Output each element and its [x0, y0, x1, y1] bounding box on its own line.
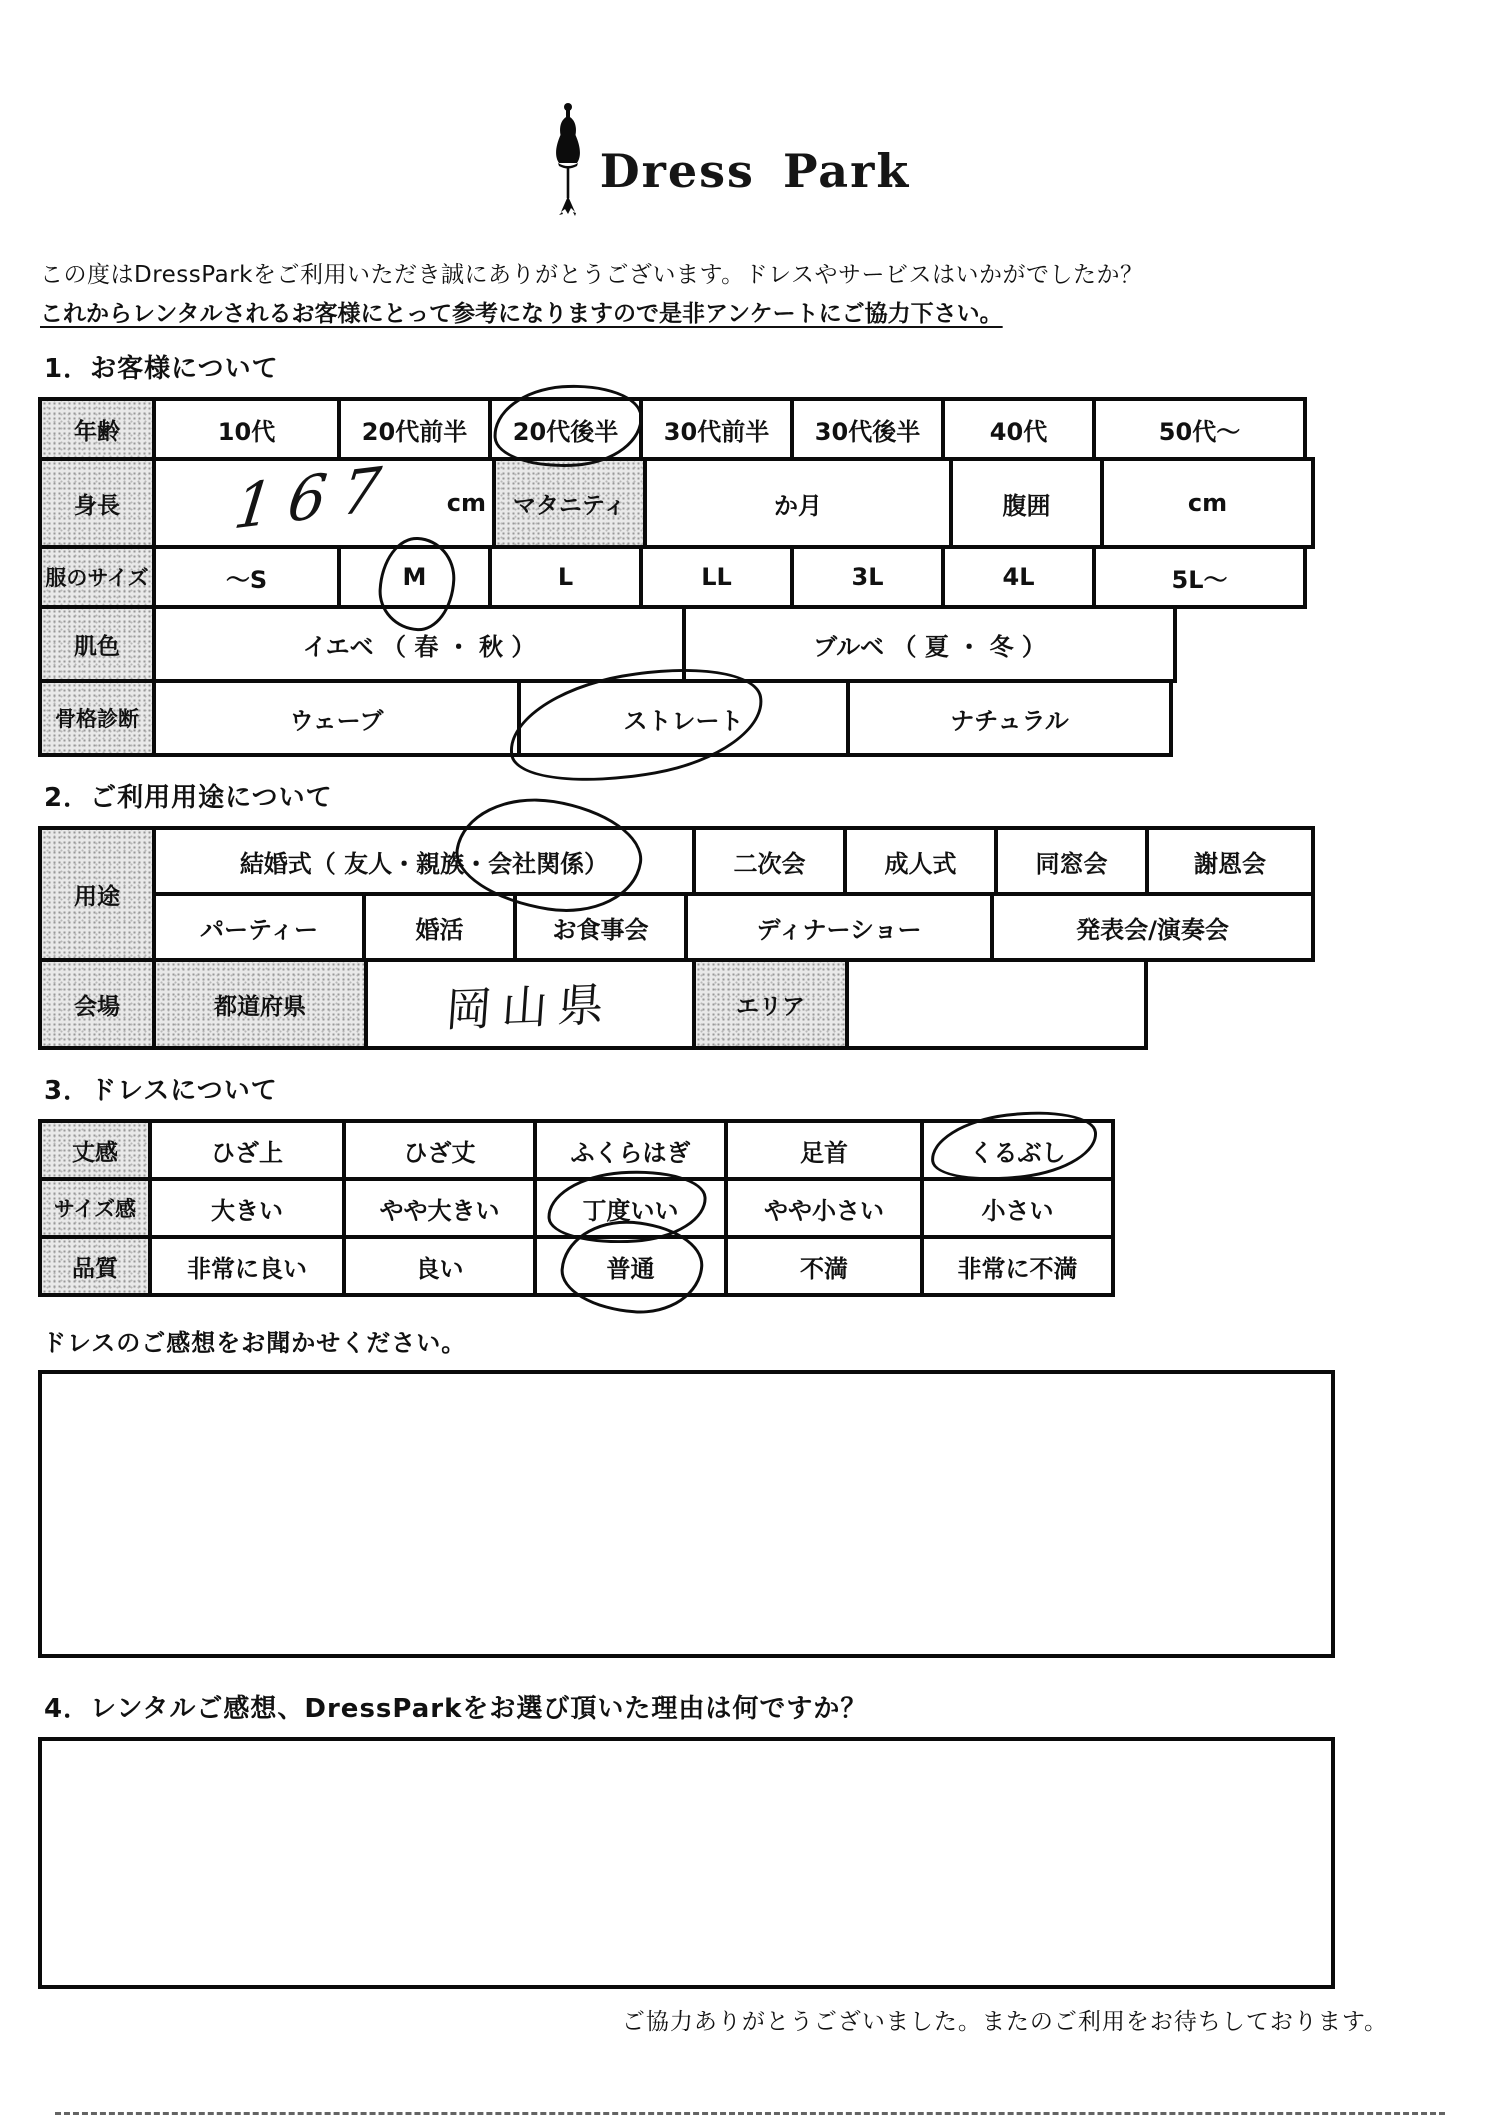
age-option-late-20s-label: 20代後半: [513, 412, 618, 447]
fit-option-big[interactable]: 大きい: [148, 1177, 346, 1239]
dress-comment-prompt: ドレスのご感想をお聞かせください。: [42, 1323, 1500, 1358]
age-option-early-30s[interactable]: 30代前半: [639, 397, 794, 461]
page-bottom-divider: [55, 2112, 1445, 2115]
quality-row: 品質 非常に良い 良い 普通 不満 非常に不満: [38, 1235, 1500, 1297]
length-option-anklebone[interactable]: くるぶし: [920, 1119, 1115, 1181]
quality-option-average-label: 普通: [607, 1249, 655, 1284]
purpose-option-recital[interactable]: 発表会/演奏会: [990, 892, 1315, 962]
section-2-title: 2．ご利用用途について: [44, 777, 1500, 814]
skeleton-option-straight-label: ストレート: [624, 701, 744, 736]
purpose-options: 結婚式（ 友人・親族・会社関係 ） 二次会 成人式 同窓会 謝恩会 パーティー …: [156, 826, 1315, 962]
purpose-option-reunion[interactable]: 同窓会: [994, 826, 1149, 896]
quality-option-average[interactable]: 普通: [533, 1235, 728, 1297]
height-row: 身長 167 cm マタニティ か月 腹囲 cm: [38, 457, 1500, 549]
age-label: 年齢: [38, 397, 156, 461]
purpose-row-1: 結婚式（ 友人・親族・会社関係 ） 二次会 成人式 同窓会 謝恩会: [156, 826, 1315, 896]
survey-page: Dress Park この度はDressParkをご利用いただき誠にありがとうご…: [0, 0, 1500, 2036]
length-option-anklebone-label: くるぶし: [970, 1133, 1066, 1168]
age-row: 年齢 10代 20代前半 20代後半 30代前半 30代後半 40代 50代～: [38, 397, 1500, 461]
skin-option-yellow-base[interactable]: イエベ （ 春 ・ 秋 ）: [152, 605, 686, 683]
skeleton-option-straight[interactable]: ストレート: [517, 679, 850, 757]
skeleton-label: 骨格診断: [38, 679, 156, 757]
age-option-50s-plus[interactable]: 50代～: [1092, 397, 1307, 461]
purpose-group: 用途 結婚式（ 友人・親族・会社関係 ） 二次会 成人式 同窓会 謝恩会 パーテ…: [38, 826, 1500, 962]
section-3-title: 3．ドレスについて: [44, 1070, 1500, 1107]
size-option-m[interactable]: M: [337, 545, 492, 609]
fit-option-just-right-label: 丁度いい: [583, 1191, 679, 1226]
fit-option-small[interactable]: 小さい: [920, 1177, 1115, 1239]
footer-thanks: ご協力ありがとうございました。またのご利用をお待ちしております。: [38, 2003, 1388, 2036]
prefecture-input-cell[interactable]: 岡山県: [364, 958, 696, 1050]
purpose-option-coming-of-age[interactable]: 成人式: [843, 826, 998, 896]
section-1-title: 1．お客様について: [44, 348, 1500, 385]
size-option-3l[interactable]: 3L: [790, 545, 945, 609]
waist-label-cell: 腹囲: [949, 457, 1104, 549]
age-option-early-20s[interactable]: 20代前半: [337, 397, 492, 461]
quality-option-dissatisfied[interactable]: 不満: [724, 1235, 924, 1297]
purpose-row-2: パーティー 婚活 お食事会 ディナーショー 発表会/演奏会: [156, 892, 1315, 962]
quality-option-very-good[interactable]: 非常に良い: [148, 1235, 346, 1297]
purpose-option-wedding[interactable]: 結婚式（ 友人・親族・会社関係 ）: [152, 826, 696, 896]
height-label: 身長: [38, 457, 156, 549]
prefecture-value-handwritten: 岡山県: [444, 968, 617, 1040]
area-label: エリア: [692, 958, 849, 1050]
size-option-ll[interactable]: LL: [639, 545, 794, 609]
skeleton-row: 骨格診断 ウェーブ ストレート ナチュラル: [38, 679, 1500, 757]
intro-line-2: これからレンタルされるお客様にとって参考になりますので是非アンケートにご協力下さ…: [40, 295, 1500, 328]
length-option-calf[interactable]: ふくらはぎ: [533, 1119, 728, 1181]
purpose-label: 用途: [38, 826, 156, 962]
length-label: 丈感: [38, 1119, 152, 1181]
fit-option-slightly-big[interactable]: やや大きい: [342, 1177, 537, 1239]
skin-row: 肌色 イエベ （ 春 ・ 秋 ） ブルベ （ 夏 ・ 冬 ）: [38, 605, 1500, 683]
skin-option-blue-base[interactable]: ブルベ （ 夏 ・ 冬 ）: [682, 605, 1177, 683]
fit-row: サイズ感 大きい やや大きい 丁度いい やや小さい 小さい: [38, 1177, 1500, 1239]
purpose-option-party[interactable]: パーティー: [152, 892, 366, 962]
size-option-4l[interactable]: 4L: [941, 545, 1096, 609]
section-4-title: 4．レンタルご感想、DressParkをお選び頂いた理由は何ですか？: [44, 1688, 1500, 1725]
dress-table: 丈感 ひざ上 ひざ丈 ふくらはぎ 足首 くるぶし サイズ感 大きい やや大きい …: [38, 1119, 1500, 1297]
venue-label: 会場: [38, 958, 156, 1050]
length-option-knee[interactable]: ひざ丈: [342, 1119, 537, 1181]
maternity-months-cell[interactable]: か月: [643, 457, 953, 549]
age-option-10s[interactable]: 10代: [152, 397, 341, 461]
area-input-cell[interactable]: [845, 958, 1148, 1050]
prefecture-label: 都道府県: [152, 958, 368, 1050]
length-option-ankle[interactable]: 足首: [724, 1119, 924, 1181]
quality-option-very-dissatisfied[interactable]: 非常に不満: [920, 1235, 1115, 1297]
age-option-40s[interactable]: 40代: [941, 397, 1096, 461]
size-option-l[interactable]: L: [488, 545, 643, 609]
dressform-icon: [546, 106, 590, 236]
skeleton-option-wave[interactable]: ウェーブ: [152, 679, 521, 757]
length-row: 丈感 ひざ上 ひざ丈 ふくらはぎ 足首 くるぶし: [38, 1119, 1500, 1181]
brand-name: Dress Park: [600, 144, 910, 198]
fit-option-just-right[interactable]: 丁度いい: [533, 1177, 728, 1239]
skeleton-option-natural[interactable]: ナチュラル: [846, 679, 1173, 757]
height-value-handwritten: 167: [230, 452, 400, 543]
size-row: 服のサイズ ～S M L LL 3L 4L 5L～: [38, 545, 1500, 609]
purpose-option-dinner-party[interactable]: お食事会: [513, 892, 688, 962]
size-option-5l-plus[interactable]: 5L～: [1092, 545, 1307, 609]
waist-unit-cell[interactable]: cm: [1100, 457, 1315, 549]
wedding-circled-label: 会社関係: [488, 850, 584, 878]
fit-option-slightly-small[interactable]: やや小さい: [724, 1177, 924, 1239]
quality-option-good[interactable]: 良い: [342, 1235, 537, 1297]
age-option-late-30s[interactable]: 30代後半: [790, 397, 945, 461]
skin-label: 肌色: [38, 605, 156, 683]
wedding-suffix: ）: [584, 844, 608, 879]
venue-row: 会場 都道府県 岡山県 エリア: [38, 958, 1500, 1050]
dress-comment-box[interactable]: [38, 1370, 1335, 1658]
brand-logo: Dress Park: [38, 96, 1418, 246]
length-option-above-knee[interactable]: ひざ上: [148, 1119, 346, 1181]
size-label: 服のサイズ: [38, 545, 156, 609]
rental-comment-box[interactable]: [38, 1737, 1335, 1989]
maternity-label: マタニティ: [492, 457, 647, 549]
wedding-circled-wrap: 会社関係: [488, 844, 584, 879]
purpose-option-dinner-show[interactable]: ディナーショー: [684, 892, 994, 962]
intro-line-1: この度はDressParkをご利用いただき誠にありがとうございます。ドレスやサー…: [40, 256, 1500, 289]
fit-label: サイズ感: [38, 1177, 152, 1239]
customer-table: 年齢 10代 20代前半 20代後半 30代前半 30代後半 40代 50代～ …: [38, 397, 1500, 757]
purpose-option-konkatsu[interactable]: 婚活: [362, 892, 517, 962]
purpose-option-thanks-party[interactable]: 謝恩会: [1145, 826, 1315, 896]
size-option-s[interactable]: ～S: [152, 545, 341, 609]
height-input-cell[interactable]: 167 cm: [152, 457, 496, 549]
height-unit: cm: [447, 489, 486, 517]
size-option-m-label: M: [403, 563, 427, 591]
quality-label: 品質: [38, 1235, 152, 1297]
usage-table: 用途 結婚式（ 友人・親族・会社関係 ） 二次会 成人式 同窓会 謝恩会 パーテ…: [38, 826, 1500, 1050]
wedding-prefix: 結婚式（ 友人・親族・: [240, 844, 488, 879]
purpose-option-afterparty[interactable]: 二次会: [692, 826, 847, 896]
age-option-late-20s[interactable]: 20代後半: [488, 397, 643, 461]
